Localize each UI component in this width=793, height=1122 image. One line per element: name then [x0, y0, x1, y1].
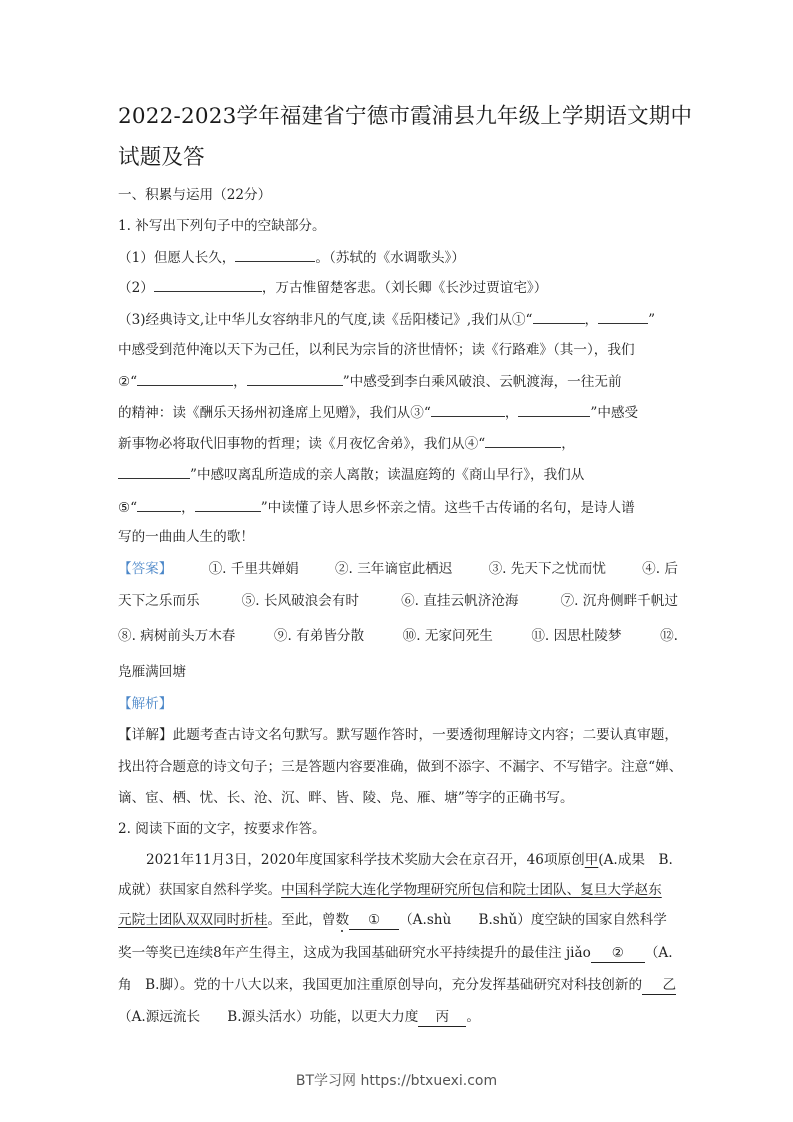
answer-blank[interactable] [235, 247, 315, 262]
text-span: ”中感叹离乱所造成的亲人离散；读温庭筠的《商山早行》，我们从 [190, 467, 584, 483]
text-span: ” [648, 312, 655, 328]
q1-part2-prefix: （2） [118, 280, 154, 296]
text-span: 角 B.脚）。党的十八大以来，我国更加注重原创导向，充分发挥基础研究对科技创新的 [118, 977, 642, 993]
answer-blank[interactable] [598, 309, 648, 324]
analysis-detail-line1: 【详解】此题考查古诗文名句默写。默写题作答时，一要透彻理解诗文内容；二要认真审题… [118, 725, 678, 745]
q1-part3-line8: 写的一曲曲人生的歌！ [118, 527, 678, 547]
answer-blank[interactable] [533, 309, 585, 324]
answer-item: ④. 后 [642, 559, 678, 579]
q2-passage-line2: 成就）获国家自然科学奖。中国科学院大连化学物理研究所包信和院士团队、复旦大学赵东 [118, 880, 678, 900]
q1-part3-line2: 中感受到范仲淹以天下为己任，以利民为宗旨的济世情怀；读《行路难》（其一），我们 [118, 340, 678, 360]
text-span: (A.成果 B. [598, 852, 673, 868]
text-span: ， [585, 312, 599, 328]
answer-item: ⑧. 病树前头万木春 [118, 626, 235, 646]
answer-blank[interactable] [247, 371, 343, 386]
text-span: （A.shù B.shǔ）度空缺的国家自然科学 [399, 912, 667, 928]
answer-line2: 天下之乐而乐 ⑤. 长风破浪会有时 ⑥. 直挂云帆济沧海 ⑦. 沉舟侧畔千帆过 [118, 591, 678, 611]
text-span: 。至此，曾 [268, 912, 336, 928]
q1-part3-line3: ②“，”中感受到李白乘风破浪、云帆渡海，一往无前 [118, 371, 678, 392]
text-span: 奖一等奖已连续8年产生得主，这成为我国基础研究水平持续提升的最佳注 jiǎo [118, 945, 591, 961]
text-span: （3)经典诗文,让中华儿女容纳非凡的气度,读《岳阳楼记》,我们从①“ [118, 312, 533, 328]
answer-item: ③. 先天下之忧而忧 [489, 559, 606, 579]
text-span: ， [181, 500, 195, 516]
answer-item: ⑦. 沉舟侧畔千帆过 [561, 591, 678, 611]
site-footer-watermark: BT学习网 https://btxuexi.com [0, 1070, 793, 1090]
text-span: 2021年11月3日，2020年度国家科学技术奖励大会在京召开，46项原创 [146, 852, 585, 868]
answer-blank[interactable] [118, 464, 190, 479]
text-span: 。 [466, 1009, 480, 1025]
answer-blank-1[interactable]: ① [349, 911, 399, 930]
emphasized-char: 数 [336, 912, 350, 928]
document-title-line2: 试题及答 [118, 145, 205, 171]
text-span: 的精神：读《酬乐天扬州初逢席上见赠》，我们从③“ [118, 405, 431, 421]
underlined-sentence: 元院士团队双双同时折桂 [118, 912, 268, 928]
answer-item: ②. 三年谪宦此栖迟 [335, 559, 452, 579]
answer-blank[interactable] [485, 433, 561, 448]
answer-item: ⑥. 直挂云帆济沧海 [401, 591, 518, 611]
q1-stem: 1. 补写出下列句子中的空缺部分。 [118, 216, 678, 236]
analysis-detail-line2: 找出符合题意的诗文句子；三是答题内容要准确，做到不添字、不漏字、不写错字。注意“… [118, 757, 678, 777]
text-span: ⑤“ [118, 500, 137, 516]
q2-stem: 2. 阅读下面的文字，按要求作答。 [118, 819, 678, 839]
text-span: ②“ [118, 374, 137, 390]
text-span: （A. [645, 945, 673, 961]
answer-label: 【答案】 [118, 559, 172, 579]
answer-line4: 凫雁满回塘 [118, 662, 678, 682]
q2-passage-line3: 元院士团队双双同时折桂。至此，曾数①（A.shù B.shǔ）度空缺的国家自然科… [118, 910, 678, 930]
answer-item: ①. 千里共婵娟 [209, 559, 299, 579]
text-span: ， [505, 405, 519, 421]
analysis-label: 【解析】 [118, 694, 678, 714]
answer-blank[interactable] [137, 497, 181, 512]
q2-passage-line6: （A.源远流长 B.源头活水）功能，以更大力度丙。 [118, 1007, 678, 1027]
q1-part3-line5: 新事物必将取代旧事物的哲理；读《月夜忆舍弟》，我们从④“， [118, 433, 678, 454]
analysis-detail-line3: 谪、宦、栖、忧、长、沧、沉、畔、皆、陵、凫、雁、塘”等字的正确书写。 [118, 788, 678, 808]
answer-item: ⑩. 无家问死生 [403, 626, 493, 646]
q1-part1: （1）但愿人长久，。（苏轼的《水调歌头》） [118, 247, 678, 268]
answer-item: ⑫. [660, 626, 678, 646]
text-span: （A.源远流长 B.源头活水）功能，以更大力度 [118, 1009, 418, 1025]
q1-part3-line7: ⑤“，”中读懂了诗人思乡怀亲之情。这些千古传诵的名句，是诗人谱 [118, 497, 678, 518]
answer-blank-bing[interactable]: 丙 [418, 1008, 466, 1027]
q1-part3-line4: 的精神：读《酬乐天扬州初逢席上见赠》，我们从③“，”中感受 [118, 402, 678, 423]
q2-passage-line1: 2021年11月3日，2020年度国家科学技术奖励大会在京召开，46项原创甲(A… [118, 850, 678, 870]
answer-item: ⑪. 因思杜陵梦 [531, 626, 621, 646]
section-heading: 一、积累与运用（22分） [118, 185, 678, 205]
text-span: 成就）获国家自然科学奖。 [118, 882, 281, 898]
q1-part1-prefix: （1）但愿人长久， [118, 250, 235, 266]
answer-line3: ⑧. 病树前头万木春 ⑨. 有弟皆分散 ⑩. 无家问死生 ⑪. 因思杜陵梦 ⑫. [118, 626, 678, 646]
text-span: ， [233, 374, 247, 390]
text-span: ”中感受 [590, 405, 638, 421]
q1-part2: （2），万古惟留楚客悲。（刘长卿《长沙过贾谊宅》） [118, 277, 678, 298]
q1-part3-line6: ”中感叹离乱所造成的亲人离散；读温庭筠的《商山早行》，我们从 [118, 464, 678, 485]
answer-line1: 【答案】 ①. 千里共婵娟 ②. 三年谪宦此栖迟 ③. 先天下之忧而忧 ④. 后 [118, 559, 678, 579]
answer-item: ⑨. 有弟皆分散 [274, 626, 364, 646]
text-span: 新事物必将取代旧事物的哲理；读《月夜忆舍弟》，我们从④“ [118, 436, 485, 452]
q1-part1-suffix: 。（苏轼的《水调歌头》） [315, 250, 465, 266]
answer-blank[interactable] [518, 402, 590, 417]
document-title-line1: 2022-2023学年福建省宁德市霞浦县九年级上学期语文期中 [118, 104, 692, 130]
answer-blank-yi[interactable]: 乙 [642, 976, 676, 995]
answer-blank[interactable] [195, 497, 261, 512]
underlined-sentence: 中国科学院大连化学物理研究所包信和院士团队、复旦大学赵东 [281, 882, 662, 898]
q2-passage-line4: 奖一等奖已连续8年产生得主，这成为我国基础研究水平持续提升的最佳注 jiǎo②（… [118, 943, 678, 963]
answer-item: 天下之乐而乐 [118, 591, 200, 611]
text-span: ”中感受到李白乘风破浪、云帆渡海，一往无前 [343, 374, 622, 390]
text-span: ”中读懂了诗人思乡怀亲之情。这些千古传诵的名句，是诗人谱 [261, 500, 635, 516]
answer-blank[interactable] [154, 277, 262, 292]
answer-blank[interactable] [431, 402, 505, 417]
answer-blank[interactable] [137, 371, 233, 386]
marker-jia: 甲 [585, 852, 599, 868]
text-span: ， [561, 436, 575, 452]
q2-passage-line5: 角 B.脚）。党的十八大以来，我国更加注重原创导向，充分发挥基础研究对科技创新的… [118, 975, 678, 995]
q1-part3-line1: （3)经典诗文,让中华儿女容纳非凡的气度,读《岳阳楼记》,我们从①“，” [118, 309, 678, 330]
answer-blank-2[interactable]: ② [591, 944, 645, 963]
q1-part2-suffix: ，万古惟留楚客悲。（刘长卿《长沙过贾谊宅》） [262, 280, 547, 296]
answer-item: ⑤. 长风破浪会有时 [242, 591, 359, 611]
